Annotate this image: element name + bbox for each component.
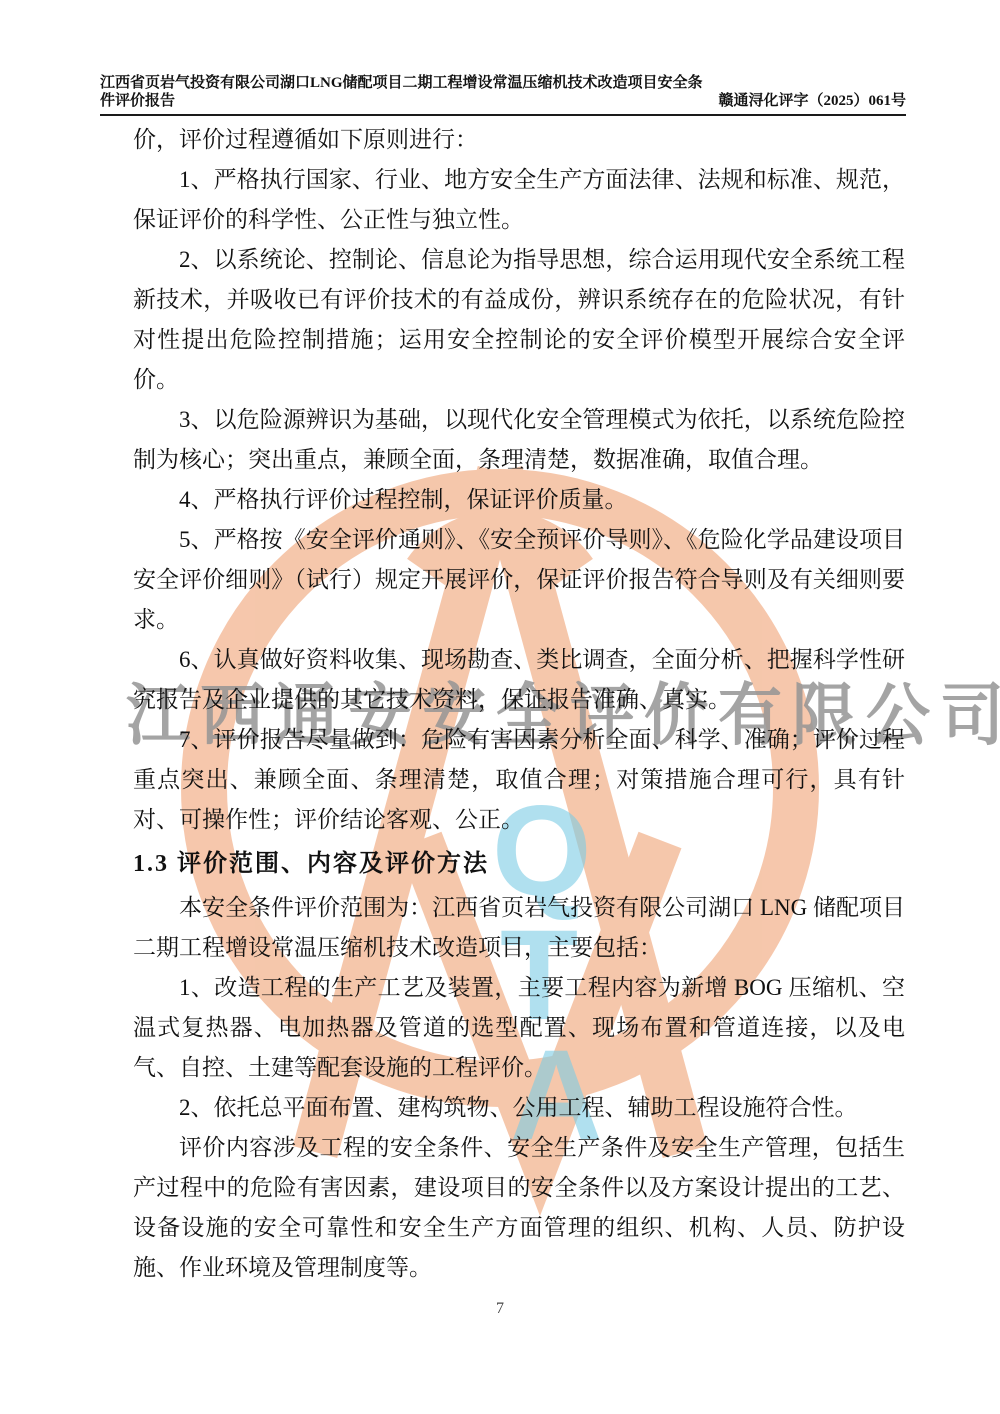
paragraph: 本安全条件评价范围为：江西省页岩气投资有限公司湖口 LNG 储配项目二期工程增设… <box>133 888 905 968</box>
paragraph: 7、评价报告尽量做到：危险有害因素分析全面、科学、准确；评价过程重点突出、兼顾全… <box>133 720 905 840</box>
document-body: 价，评价过程遵循如下原则进行： 1、严格执行国家、行业、地方安全生产方面法律、法… <box>133 120 905 1288</box>
paragraph: 3、以危险源辨识为基础，以现代化安全管理模式为依托，以系统危险控制为核心；突出重… <box>133 400 905 480</box>
page-number: 7 <box>0 1300 1000 1318</box>
paragraph: 价，评价过程遵循如下原则进行： <box>133 120 905 160</box>
paragraph: 2、依托总平面布置、建构筑物、公用工程、辅助工程设施符合性。 <box>133 1088 905 1128</box>
paragraph: 2、以系统论、控制论、信息论为指导思想，综合运用现代安全系统工程新技术，并吸收已… <box>133 240 905 400</box>
section-heading: 1.3 评价范围、内容及评价方法 <box>133 842 905 886</box>
paragraph: 1、严格执行国家、行业、地方安全生产方面法律、法规和标准、规范，保证评价的科学性… <box>133 160 905 240</box>
paragraph: 4、严格执行评价过程控制，保证评价质量。 <box>133 480 905 520</box>
header-doc-number: 赣通浔化评字（2025）061号 <box>718 92 906 110</box>
paragraph: 1、改造工程的生产工艺及装置，主要工程内容为新增 BOG 压缩机、空温式复热器、… <box>133 968 905 1088</box>
page-header: 江西省页岩气投资有限公司湖口LNG储配项目二期工程增设常温压缩机技术改造项目安全… <box>100 74 906 116</box>
paragraph: 6、认真做好资料收集、现场勘查、类比调查，全面分析、把握科学性研究报告及企业提供… <box>133 640 905 720</box>
header-report-title: 江西省页岩气投资有限公司湖口LNG储配项目二期工程增设常温压缩机技术改造项目安全… <box>100 74 704 110</box>
paragraph: 5、严格按《安全评价通则》、《安全预评价导则》、《危险化学品建设项目安全评价细则… <box>133 520 905 640</box>
paragraph: 评价内容涉及工程的安全条件、安全生产条件及安全生产管理，包括生产过程中的危险有害… <box>133 1128 905 1288</box>
